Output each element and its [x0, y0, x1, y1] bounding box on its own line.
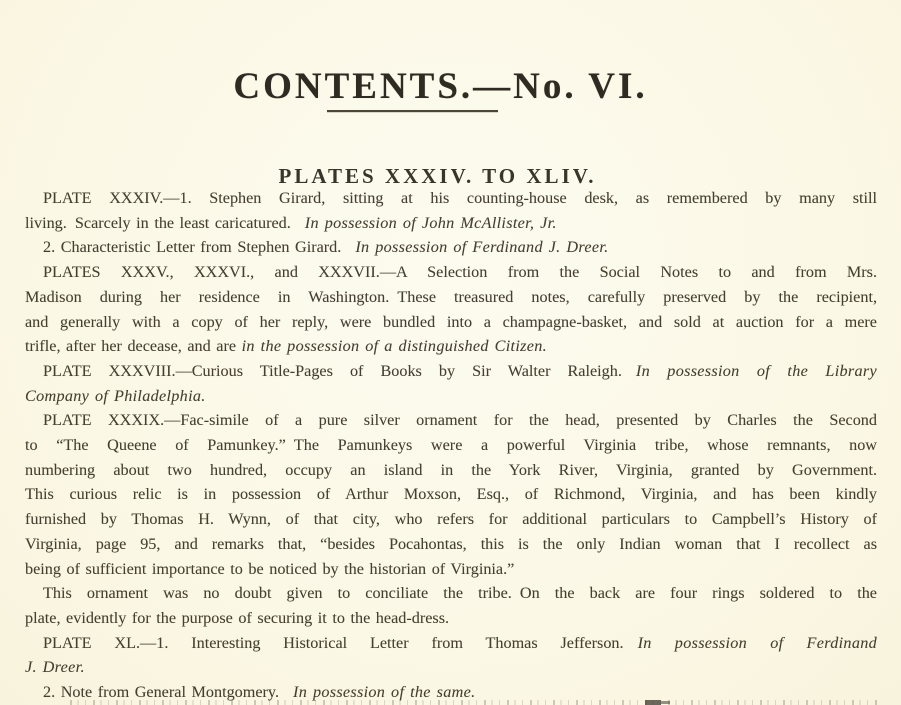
- text-line: being of sufficient importance to be not…: [25, 557, 877, 582]
- text-segment: plate, evidently for the purpose of secu…: [25, 609, 449, 627]
- text-line: PLATE XXXIV.—1. Stephen Girard, sitting …: [25, 186, 877, 211]
- page-title: CONTENTS.—No. VI.: [0, 65, 891, 108]
- text-segment: numbering about two hundred, occupy an i…: [25, 461, 877, 479]
- provenance-note: In possession of Ferdinand: [638, 634, 877, 652]
- document-page: CONTENTS.—No. VI. PLATES XXXIV. TO XLIV.…: [0, 0, 901, 705]
- text-line: 2. Characteristic Letter from Stephen Gi…: [25, 235, 877, 260]
- text-segment: and generally with a copy of her reply, …: [25, 313, 877, 331]
- text-line: living. Scarcely in the least caricature…: [25, 211, 877, 236]
- ink-smudge: [645, 700, 661, 705]
- text-segment: furnished by Thomas H. Wynn, of that cit…: [25, 510, 877, 528]
- text-line: trifle, after her decease, and are in th…: [25, 334, 877, 359]
- text-segment: 2. Characteristic Letter from Stephen Gi…: [43, 238, 341, 256]
- text-segment: PLATE XL.—1. Interesting Historical Lett…: [43, 634, 624, 652]
- text-line: numbering about two hundred, occupy an i…: [25, 458, 877, 483]
- text-segment: This ornament was no doubt given to conc…: [43, 584, 877, 602]
- provenance-note: In possession of the same.: [293, 683, 475, 701]
- text-line: to “The Queene of Pamunkey.” The Pamunke…: [25, 433, 877, 458]
- text-line: Madison during her residence in Washingt…: [25, 285, 877, 310]
- provenance-note: In possession of Ferdinand J. Dreer.: [355, 238, 608, 256]
- text-segment: This curious relic is in possession of A…: [25, 485, 877, 503]
- text-line: furnished by Thomas H. Wynn, of that cit…: [25, 507, 877, 532]
- text-segment: 2. Note from General Montgomery.: [43, 683, 279, 701]
- provenance-note: In possession of John McAllister, Jr.: [305, 214, 557, 232]
- provenance-note: Company of Philadelphia.: [25, 387, 206, 405]
- text-line: and generally with a copy of her reply, …: [25, 310, 877, 335]
- text-line: This curious relic is in possession of A…: [25, 482, 877, 507]
- text-segment: Madison during her residence in Washingt…: [25, 288, 877, 306]
- text-line: PLATE XL.—1. Interesting Historical Lett…: [25, 631, 877, 656]
- provenance-note: in the possession of a distinguished Cit…: [242, 337, 547, 355]
- cutoff-next-line-artifact: [70, 700, 879, 705]
- text-line: This ornament was no doubt given to conc…: [25, 581, 877, 606]
- text-line: PLATES XXXV., XXXVI., and XXXVII.—A Sele…: [25, 260, 877, 285]
- text-segment: trifle, after her decease, and are: [25, 337, 242, 355]
- text-line: plate, evidently for the purpose of secu…: [25, 606, 877, 631]
- text-segment: to “The Queene of Pamunkey.” The Pamunke…: [25, 436, 877, 454]
- text-segment: being of sufficient importance to be not…: [25, 560, 514, 578]
- title-divider-rule: [327, 110, 498, 112]
- text-segment: PLATE XXXVIII.—Curious Title-Pages of Bo…: [43, 362, 622, 380]
- text-segment: PLATE XXXIV.—1. Stephen Girard, sitting …: [43, 189, 877, 207]
- text-line: J. Dreer.: [25, 655, 877, 680]
- provenance-note: In possession of the Library: [636, 362, 877, 380]
- text-segment: PLATE XXXIX.—Fac-simile of a pure silver…: [43, 411, 877, 429]
- text-line: PLATE XXXIX.—Fac-simile of a pure silver…: [25, 408, 877, 433]
- document-body: PLATE XXXIV.—1. Stephen Girard, sitting …: [25, 186, 877, 705]
- text-segment: PLATES XXXV., XXXVI., and XXXVII.—A Sele…: [43, 263, 877, 281]
- text-segment: Virginia, page 95, and remarks that, “be…: [25, 535, 877, 553]
- text-line: PLATE XXXVIII.—Curious Title-Pages of Bo…: [25, 359, 877, 384]
- text-line: Virginia, page 95, and remarks that, “be…: [25, 532, 877, 557]
- text-segment: living. Scarcely in the least caricature…: [25, 214, 291, 232]
- text-line: Company of Philadelphia.: [25, 384, 877, 409]
- provenance-note: J. Dreer.: [25, 658, 85, 676]
